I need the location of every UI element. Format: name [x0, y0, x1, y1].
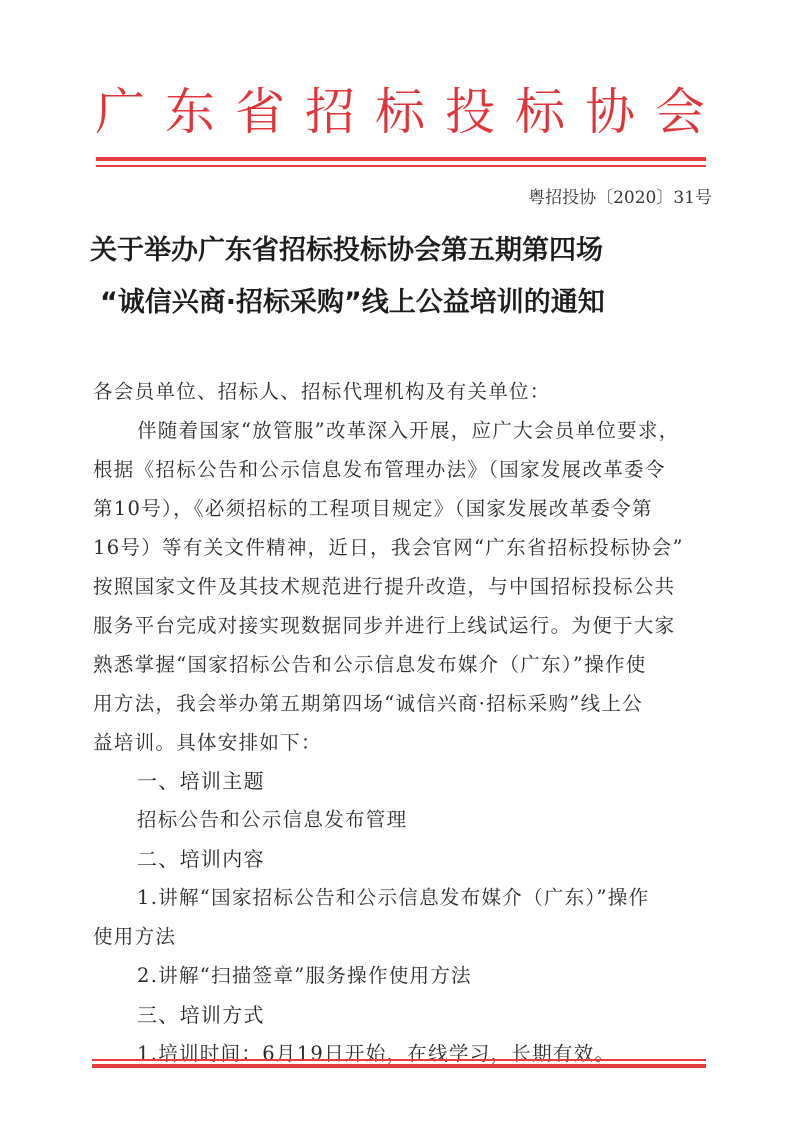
paragraph-line: 服务平台完成对接实现数据同步并进行上线试运行。为便于大家: [93, 610, 675, 638]
org-letterhead: 广东省招标投标协会: [0, 82, 800, 142]
footer-rule-thick: [92, 1064, 706, 1068]
section-text: 1.讲解“国家招标公告和公示信息发布媒介（广东）”操作: [137, 882, 649, 910]
paragraph-line: 益培训。具体安排如下：: [93, 727, 322, 755]
footer-rule-thin: [92, 1059, 706, 1061]
paragraph-line: 用方法，我会举办第五期第四场“诚信兴商·招标采购”线上公: [93, 688, 643, 716]
document-number: 粤招投协〔2020〕31号: [528, 183, 712, 208]
paragraph-line: 根据《招标公告和公示信息发布管理办法》（国家发展改革委令: [93, 454, 666, 482]
section-heading-content: 二、培训内容: [137, 843, 265, 872]
section-text: 1.培训时间：6月19日开始，在线学习，长期有效。: [137, 1038, 615, 1066]
paragraph-line: 16号）等有关文件精神，近日，我会官网“广东省招标投标协会”: [93, 532, 684, 560]
section-text: 使用方法: [93, 921, 176, 949]
salutation: 各会员单位、招标人、招标代理机构及有关单位：: [93, 376, 551, 404]
paragraph-line: 伴随着国家“放管服”改革深入开展，应广大会员单位要求，: [137, 415, 680, 443]
header-rule-thin: [96, 165, 706, 167]
paragraph-line: 按照国家文件及其技术规范进行提升改造，与中国招标投标公共: [93, 571, 675, 599]
notice-title-line2: “诚信兴商·招标采购”线上公益培训的通知: [100, 280, 720, 319]
section-heading-method: 三、培训方式: [137, 999, 265, 1028]
section-text: 2.讲解“扫描签章”服务操作使用方法: [137, 960, 472, 988]
paragraph-line: 第10号），《必须招标的工程项目规定》（国家发展改革委令第: [93, 493, 653, 521]
section-heading-topic: 一、培训主题: [137, 765, 265, 794]
notice-title-line1: 关于举办广东省招标投标协会第五期第四场: [90, 228, 710, 267]
paragraph-line: 熟悉掌握“国家招标公告和公示信息发布媒介（广东）”操作使: [93, 649, 647, 677]
header-rule-thick: [96, 157, 706, 161]
section-text: 招标公告和公示信息发布管理: [137, 804, 407, 832]
